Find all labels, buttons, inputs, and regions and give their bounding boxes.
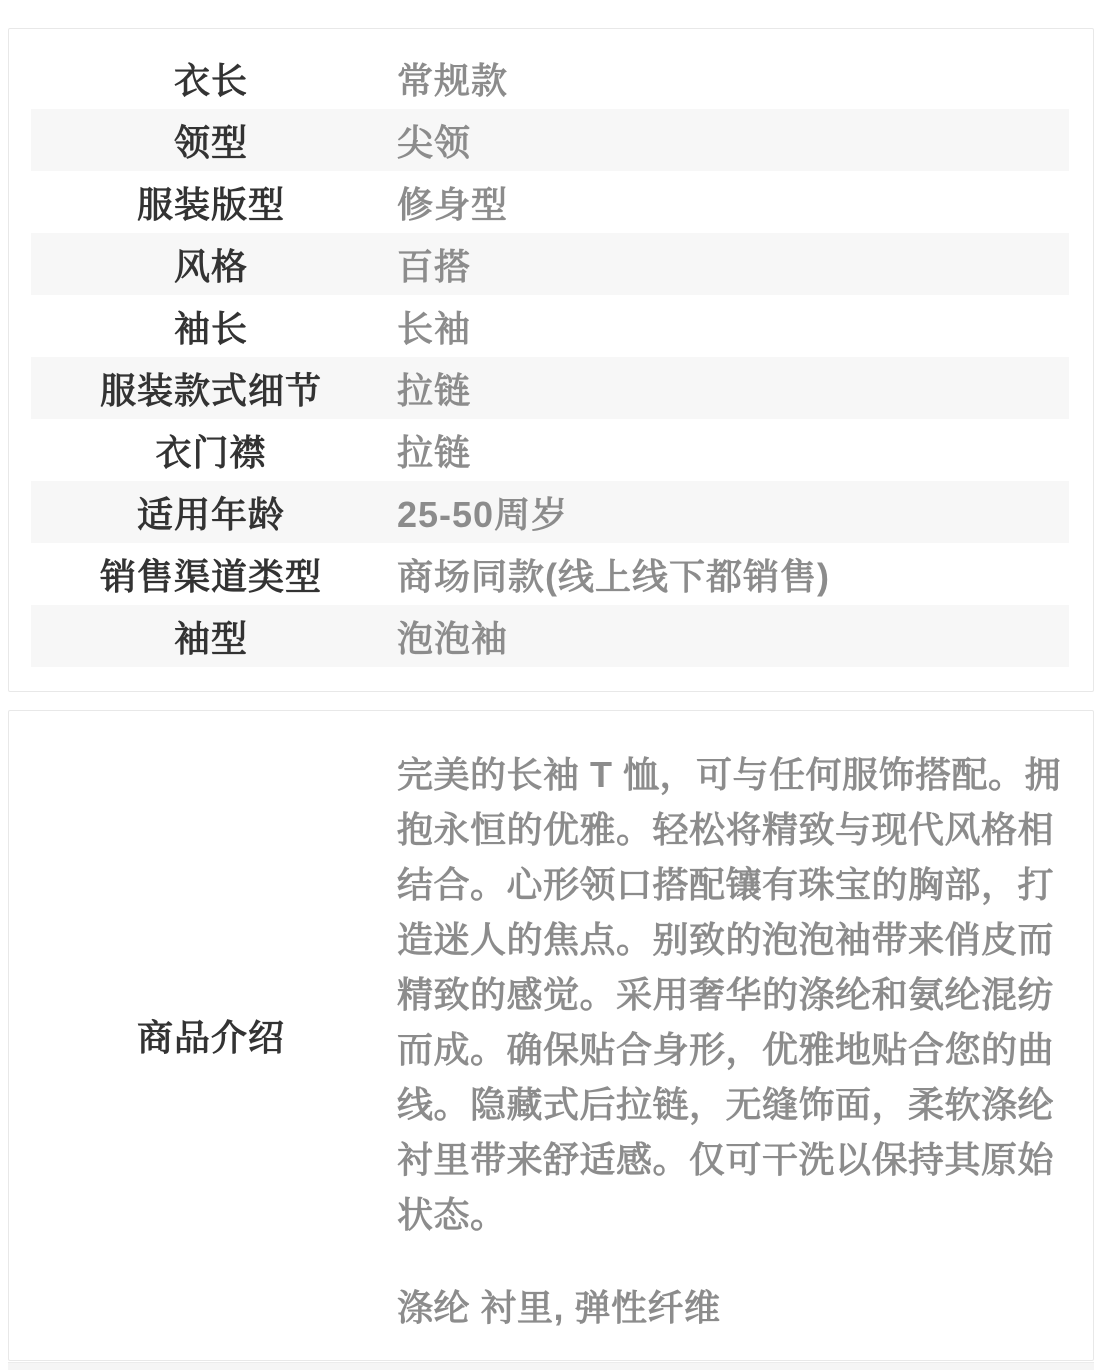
spec-label: 风格 <box>31 239 391 290</box>
spec-value: 修身型 <box>391 177 508 228</box>
spec-label: 领型 <box>31 115 391 166</box>
spec-row-collar-type: 领型 尖领 <box>31 109 1069 171</box>
product-material-line: 涤纶 衬里, 弹性纤维 <box>397 1280 1065 1335</box>
spec-value: 长袖 <box>391 301 471 352</box>
spec-row-fit-type: 服装版型 修身型 <box>31 171 1069 233</box>
spec-row-sales-channel: 销售渠道类型 商场同款(线上线下都销售) <box>31 543 1069 605</box>
spec-row-style-detail: 服装款式细节 拉链 <box>31 357 1069 419</box>
spec-row-sleeve-type: 袖型 泡泡袖 <box>31 605 1069 667</box>
product-intro-text: 完美的长袖 T 恤，可与任何服饰搭配。拥抱永恒的优雅。轻松将精致与现代风格相结合… <box>391 711 1065 1360</box>
spec-value: 25-50周岁 <box>391 487 568 538</box>
spec-label: 服装版型 <box>31 177 391 228</box>
spec-label: 服装款式细节 <box>31 363 391 414</box>
spec-label: 衣长 <box>31 53 391 104</box>
product-intro-card: 商品介绍 完美的长袖 T 恤，可与任何服饰搭配。拥抱永恒的优雅。轻松将精致与现代… <box>8 710 1094 1361</box>
spec-row-age-range: 适用年龄 25-50周岁 <box>31 481 1069 543</box>
spec-label: 袖型 <box>31 611 391 662</box>
product-intro-label: 商品介绍 <box>137 1010 285 1061</box>
spec-row-sleeve-length: 袖长 长袖 <box>31 295 1069 357</box>
spec-row-placket: 衣门襟 拉链 <box>31 419 1069 481</box>
spec-label: 袖长 <box>31 301 391 352</box>
spec-value: 百搭 <box>391 239 471 290</box>
spec-value: 尖领 <box>391 115 471 166</box>
spec-row-garment-length: 衣长 常规款 <box>31 47 1069 109</box>
product-intro-label-column: 商品介绍 <box>31 711 391 1360</box>
spec-row-style: 风格 百搭 <box>31 233 1069 295</box>
spec-value: 拉链 <box>391 425 471 476</box>
card-gap <box>0 692 1100 710</box>
spec-value: 商场同款(线上线下都销售) <box>391 549 830 600</box>
spec-value: 泡泡袖 <box>391 611 508 662</box>
spec-table-card: 衣长 常规款 领型 尖领 服装版型 修身型 风格 百搭 袖长 长袖 服装款式细节… <box>8 28 1094 692</box>
next-section-sliver <box>8 1362 1094 1370</box>
product-intro-paragraph: 完美的长袖 T 恤，可与任何服饰搭配。拥抱永恒的优雅。轻松将精致与现代风格相结合… <box>397 747 1065 1242</box>
spec-label: 适用年龄 <box>31 487 391 538</box>
spec-value: 常规款 <box>391 53 508 104</box>
spec-value: 拉链 <box>391 363 471 414</box>
product-detail-page: 衣长 常规款 领型 尖领 服装版型 修身型 风格 百搭 袖长 长袖 服装款式细节… <box>0 0 1100 1370</box>
spec-label: 衣门襟 <box>31 425 391 476</box>
spec-label: 销售渠道类型 <box>31 549 391 600</box>
